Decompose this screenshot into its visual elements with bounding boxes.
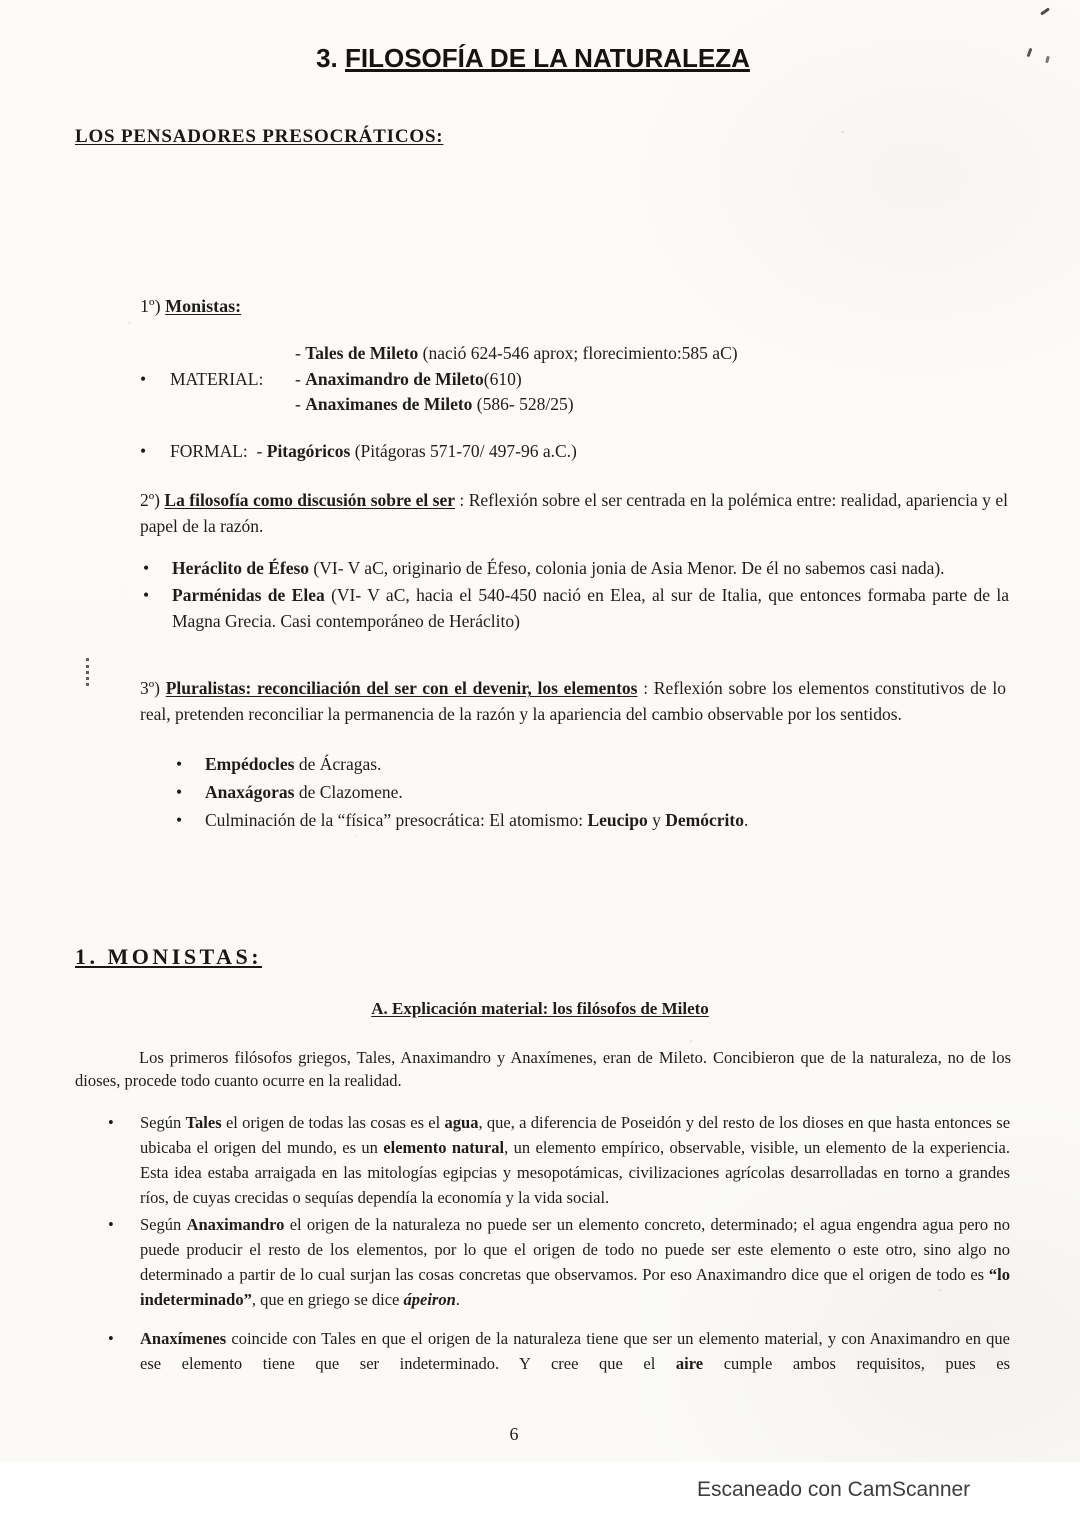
- monistas-bullet-list: • Según Tales el origen de todas las cos…: [108, 1110, 1010, 1376]
- list-item-heraclito: • Heráclito de Éfeso (VI- V aC, originar…: [143, 555, 1009, 582]
- page-number: 6: [0, 1424, 1028, 1445]
- list-item-text: Según Anaximandro el origen de la natura…: [140, 1212, 1010, 1312]
- scan-artifact: [1040, 7, 1050, 15]
- list-item-empedocles: • Empédocles de Ácragas.: [176, 752, 876, 777]
- bullet-icon: •: [108, 1110, 140, 1210]
- bullet-icon: •: [176, 752, 205, 777]
- list-item-parmenidas: • Parménidas de Elea (VI- V aC, hacia el…: [143, 582, 1009, 635]
- material-row-3: - Anaximanes de Mileto (586- 528/25): [140, 392, 738, 418]
- list-item-text: Anaxágoras de Clazomene.: [205, 780, 403, 805]
- scanned-document-page: 3. FILOSOFÍA DE LA NATURALEZA LOS PENSAD…: [0, 0, 1080, 1528]
- monistas-intro-paragraph: Los primeros filósofos griegos, Tales, A…: [75, 1046, 1011, 1092]
- formal-row: • FORMAL: - Pitagóricos (Pitágoras 571-7…: [140, 441, 577, 462]
- list-item-text: Empédocles de Ácragas.: [205, 752, 381, 777]
- outline-item-1-heading: 1º) Monistas:: [140, 296, 241, 317]
- bullet-icon: •: [140, 441, 170, 462]
- scan-background: 3. FILOSOFÍA DE LA NATURALEZA LOS PENSAD…: [0, 0, 1080, 1466]
- bullet-icon: •: [108, 1326, 140, 1376]
- bullet-icon: •: [176, 780, 205, 805]
- material-item-anaximanes: - Anaximanes de Mileto (586- 528/25): [295, 392, 574, 418]
- material-block: - Tales de Mileto (nació 624-546 aprox; …: [140, 341, 738, 418]
- list-item-tales-agua: • Según Tales el origen de todas las cos…: [108, 1110, 1010, 1210]
- material-row-1: - Tales de Mileto (nació 624-546 aprox; …: [140, 341, 738, 367]
- material-item-anaximandro: - Anaximandro de Mileto(610): [295, 367, 522, 393]
- list-item-anaximenes-aire: • Anaxímenes coincide con Tales en que e…: [108, 1326, 1010, 1376]
- item-2-bullet-list: • Heráclito de Éfeso (VI- V aC, originar…: [143, 555, 1009, 635]
- material-label: MATERIAL:: [170, 367, 295, 393]
- list-item-text: Culminación de la “física” presocrática:…: [205, 808, 748, 833]
- list-item-text: Anaxímenes coincide con Tales en que el …: [140, 1326, 1010, 1376]
- bullet-icon: •: [108, 1212, 140, 1312]
- heading-presocraticos: LOS PENSADORES PRESOCRÁTICOS:: [75, 126, 443, 148]
- list-item-anaximandro-apeiron: • Según Anaximandro el origen de la natu…: [108, 1212, 1010, 1312]
- formal-label-and-item: FORMAL: - Pitagóricos (Pitágoras 571-70/…: [170, 441, 577, 462]
- material-row-2: • MATERIAL: - Anaximandro de Mileto(610): [140, 367, 738, 393]
- camscanner-attribution: Escaneado con CamScanner: [697, 1478, 970, 1502]
- bullet-icon: •: [143, 555, 172, 582]
- list-item-text: Heráclito de Éfeso (VI- V aC, originario…: [172, 555, 945, 582]
- bullet-icon: •: [143, 582, 172, 635]
- bullet-icon: •: [176, 808, 205, 833]
- heading-monistas-section: 1. MONISTAS:: [75, 944, 262, 970]
- material-item-tales: - Tales de Mileto (nació 624-546 aprox; …: [295, 341, 738, 367]
- scan-artifact: [86, 658, 92, 686]
- subheading-explicacion-material: A. Explicación material: los filósofos d…: [0, 999, 1080, 1019]
- outline-item-2-paragraph: 2º) La filosofía como discusión sobre el…: [140, 487, 1008, 539]
- list-item-text: Parménidas de Elea (VI- V aC, hacia el 5…: [172, 582, 1009, 635]
- outline-item-3-paragraph: 3º) Pluralistas: reconciliación del ser …: [140, 676, 1006, 727]
- list-item-anaxagoras: • Anaxágoras de Clazomene.: [176, 780, 876, 805]
- list-item-text: Según Tales el origen de todas las cosas…: [140, 1110, 1010, 1210]
- item-3-bullet-list: • Empédocles de Ácragas. • Anaxágoras de…: [176, 752, 876, 836]
- bullet-icon: •: [140, 367, 170, 393]
- list-item-atomismo: • Culminación de la “física” presocrátic…: [176, 808, 876, 833]
- page-title: 3. FILOSOFÍA DE LA NATURALEZA: [0, 43, 1066, 74]
